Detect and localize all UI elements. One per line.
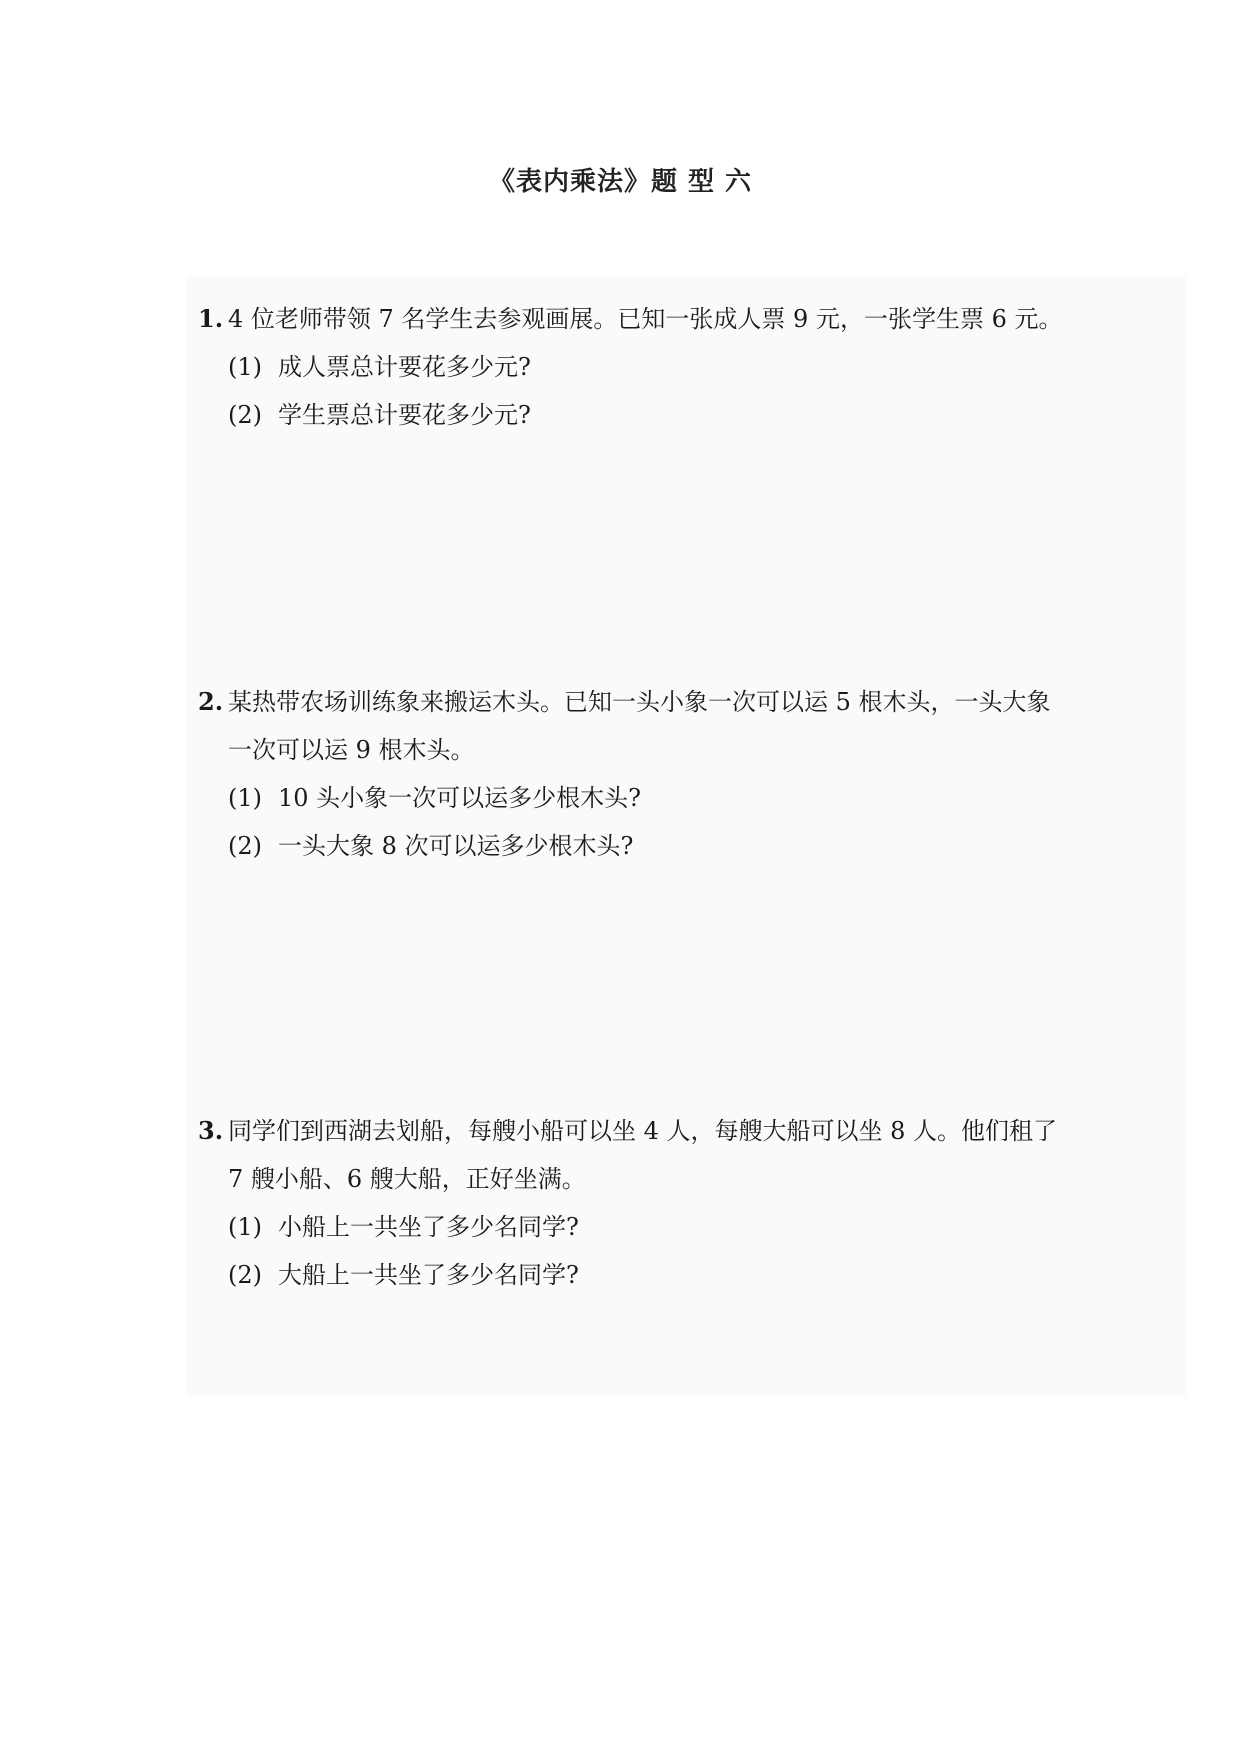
question-stem-line: 3.同学们到西湖去划船，每艘小船可以坐 4 人，每艘大船可以坐 8 人。他们租了	[198, 1107, 1158, 1155]
sub-question: (2)学生票总计要花多少元?	[198, 391, 1158, 439]
question-text: 7 艘小船、6 艘大船，正好坐满。	[228, 1165, 586, 1193]
question-number: 3.	[198, 1107, 228, 1155]
sub-question-number: (1)	[228, 1203, 278, 1251]
sub-question-text: 小船上一共坐了多少名同学?	[278, 1213, 579, 1241]
question-stem-line: 7 艘小船、6 艘大船，正好坐满。	[198, 1155, 1158, 1203]
question-number: 2.	[198, 678, 228, 726]
sub-question-number: (1)	[228, 343, 278, 391]
sub-question-number: (2)	[228, 822, 278, 870]
sub-question: (2)大船上一共坐了多少名同学?	[198, 1251, 1158, 1299]
question-stem-line: 1.4 位老师带领 7 名学生去参观画展。已知一张成人票 9 元，一张学生票 6…	[198, 295, 1158, 343]
question-1: 1.4 位老师带领 7 名学生去参观画展。已知一张成人票 9 元，一张学生票 6…	[198, 295, 1158, 439]
question-text: 某热带农场训练象来搬运木头。已知一头小象一次可以运 5 根木头，一头大象	[228, 688, 1051, 716]
sub-question-number: (2)	[228, 1251, 278, 1299]
sub-question-text: 一头大象 8 次可以运多少根木头?	[278, 832, 633, 860]
question-2: 2.某热带农场训练象来搬运木头。已知一头小象一次可以运 5 根木头，一头大象 一…	[198, 678, 1158, 870]
question-stem-line: 一次可以运 9 根木头。	[198, 726, 1158, 774]
sub-question-text: 10 头小象一次可以运多少根木头?	[278, 784, 641, 812]
sub-question-number: (1)	[228, 774, 278, 822]
sub-question-text: 成人票总计要花多少元?	[278, 353, 531, 381]
question-number: 1.	[198, 295, 228, 343]
question-text: 4 位老师带领 7 名学生去参观画展。已知一张成人票 9 元，一张学生票 6 元…	[228, 305, 1062, 333]
question-stem-line: 2.某热带农场训练象来搬运木头。已知一头小象一次可以运 5 根木头，一头大象	[198, 678, 1158, 726]
sub-question-number: (2)	[228, 391, 278, 439]
sub-question: (1)10 头小象一次可以运多少根木头?	[198, 774, 1158, 822]
sub-question: (1)小船上一共坐了多少名同学?	[198, 1203, 1158, 1251]
page-title: 《表内乘法》题 型 六	[0, 162, 1241, 202]
sub-question-text: 学生票总计要花多少元?	[278, 401, 531, 429]
sub-question: (2)一头大象 8 次可以运多少根木头?	[198, 822, 1158, 870]
question-text: 一次可以运 9 根木头。	[228, 736, 475, 764]
sub-question: (1)成人票总计要花多少元?	[198, 343, 1158, 391]
question-text: 同学们到西湖去划船，每艘小船可以坐 4 人，每艘大船可以坐 8 人。他们租了	[228, 1117, 1057, 1145]
sub-question-text: 大船上一共坐了多少名同学?	[278, 1261, 579, 1289]
question-3: 3.同学们到西湖去划船，每艘小船可以坐 4 人，每艘大船可以坐 8 人。他们租了…	[198, 1107, 1158, 1299]
